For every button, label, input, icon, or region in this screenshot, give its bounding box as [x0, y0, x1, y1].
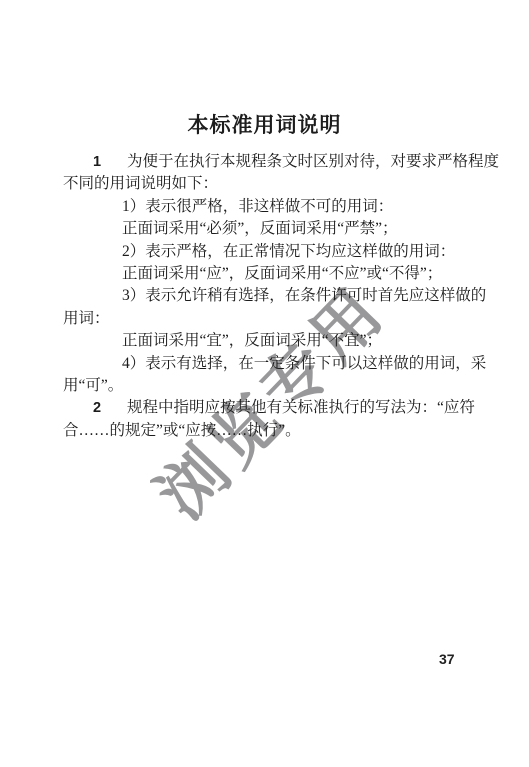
text-line: 3）表示允许稍有选择，在条件许可时首先应这样做的 [63, 285, 467, 307]
line-text: 2）表示严格，在正常情况下均应这样做的用词： [122, 243, 455, 260]
text-line: 2规程中指明应按其他有关标准执行的写法为：“应符 [63, 397, 467, 419]
text-line: 不同的用词说明如下： [63, 173, 467, 195]
line-text: 合……的规定”或“应按……执行”。 [63, 422, 301, 439]
line-text: 3）表示允许稍有选择，在条件许可时首先应这样做的 [122, 287, 486, 304]
text-line: 正面词采用“应”，反面词采用“不应”或“不得”； [63, 263, 467, 285]
clause-number: 1 [93, 151, 102, 173]
page-title: 本标准用词说明 [0, 109, 529, 139]
page-content: 本标准用词说明 1为便于在执行本规程条文时区别对待，对要求严格程度 不同的用词说… [0, 0, 529, 767]
line-text: 用词： [63, 310, 110, 327]
line-text: 正面词采用“应”，反面词采用“不应”或“不得”； [122, 265, 442, 282]
document-page: 浏览专用 本标准用词说明 1为便于在执行本规程条文时区别对待，对要求严格程度 不… [0, 0, 529, 767]
line-text: 用“可”。 [63, 377, 123, 394]
line-text: 正面词采用“宜”，反面词采用“不宜”； [122, 332, 382, 349]
text-line: 用词： [63, 308, 467, 330]
line-text: 规程中指明应按其他有关标准执行的写法为：“应符 [127, 399, 475, 416]
text-line: 1为便于在执行本规程条文时区别对待，对要求严格程度 [63, 151, 467, 173]
text-line: 4）表示有选择，在一定条件下可以这样做的用词，采 [63, 353, 467, 375]
clause-number: 2 [93, 397, 102, 419]
text-line: 正面词采用“必须”，反面词采用“严禁”； [63, 218, 467, 240]
line-text: 4）表示有选择，在一定条件下可以这样做的用词，采 [122, 355, 486, 372]
line-text: 正面词采用“必须”，反面词采用“严禁”； [122, 220, 398, 237]
line-text: 1）表示很严格，非这样做不可的用词： [122, 198, 393, 215]
line-text: 不同的用词说明如下： [63, 175, 218, 192]
text-line: 2）表示严格，在正常情况下均应这样做的用词： [63, 241, 467, 263]
line-text: 为便于在执行本规程条文时区别对待，对要求严格程度 [127, 153, 499, 170]
text-line: 正面词采用“宜”，反面词采用“不宜”； [63, 330, 467, 352]
page-number: 37 [439, 651, 455, 667]
text-line: 1）表示很严格，非这样做不可的用词： [63, 196, 467, 218]
text-line: 用“可”。 [63, 375, 467, 397]
text-line: 合……的规定”或“应按……执行”。 [63, 420, 467, 442]
body-text: 1为便于在执行本规程条文时区别对待，对要求严格程度 不同的用词说明如下： 1）表… [63, 151, 467, 442]
